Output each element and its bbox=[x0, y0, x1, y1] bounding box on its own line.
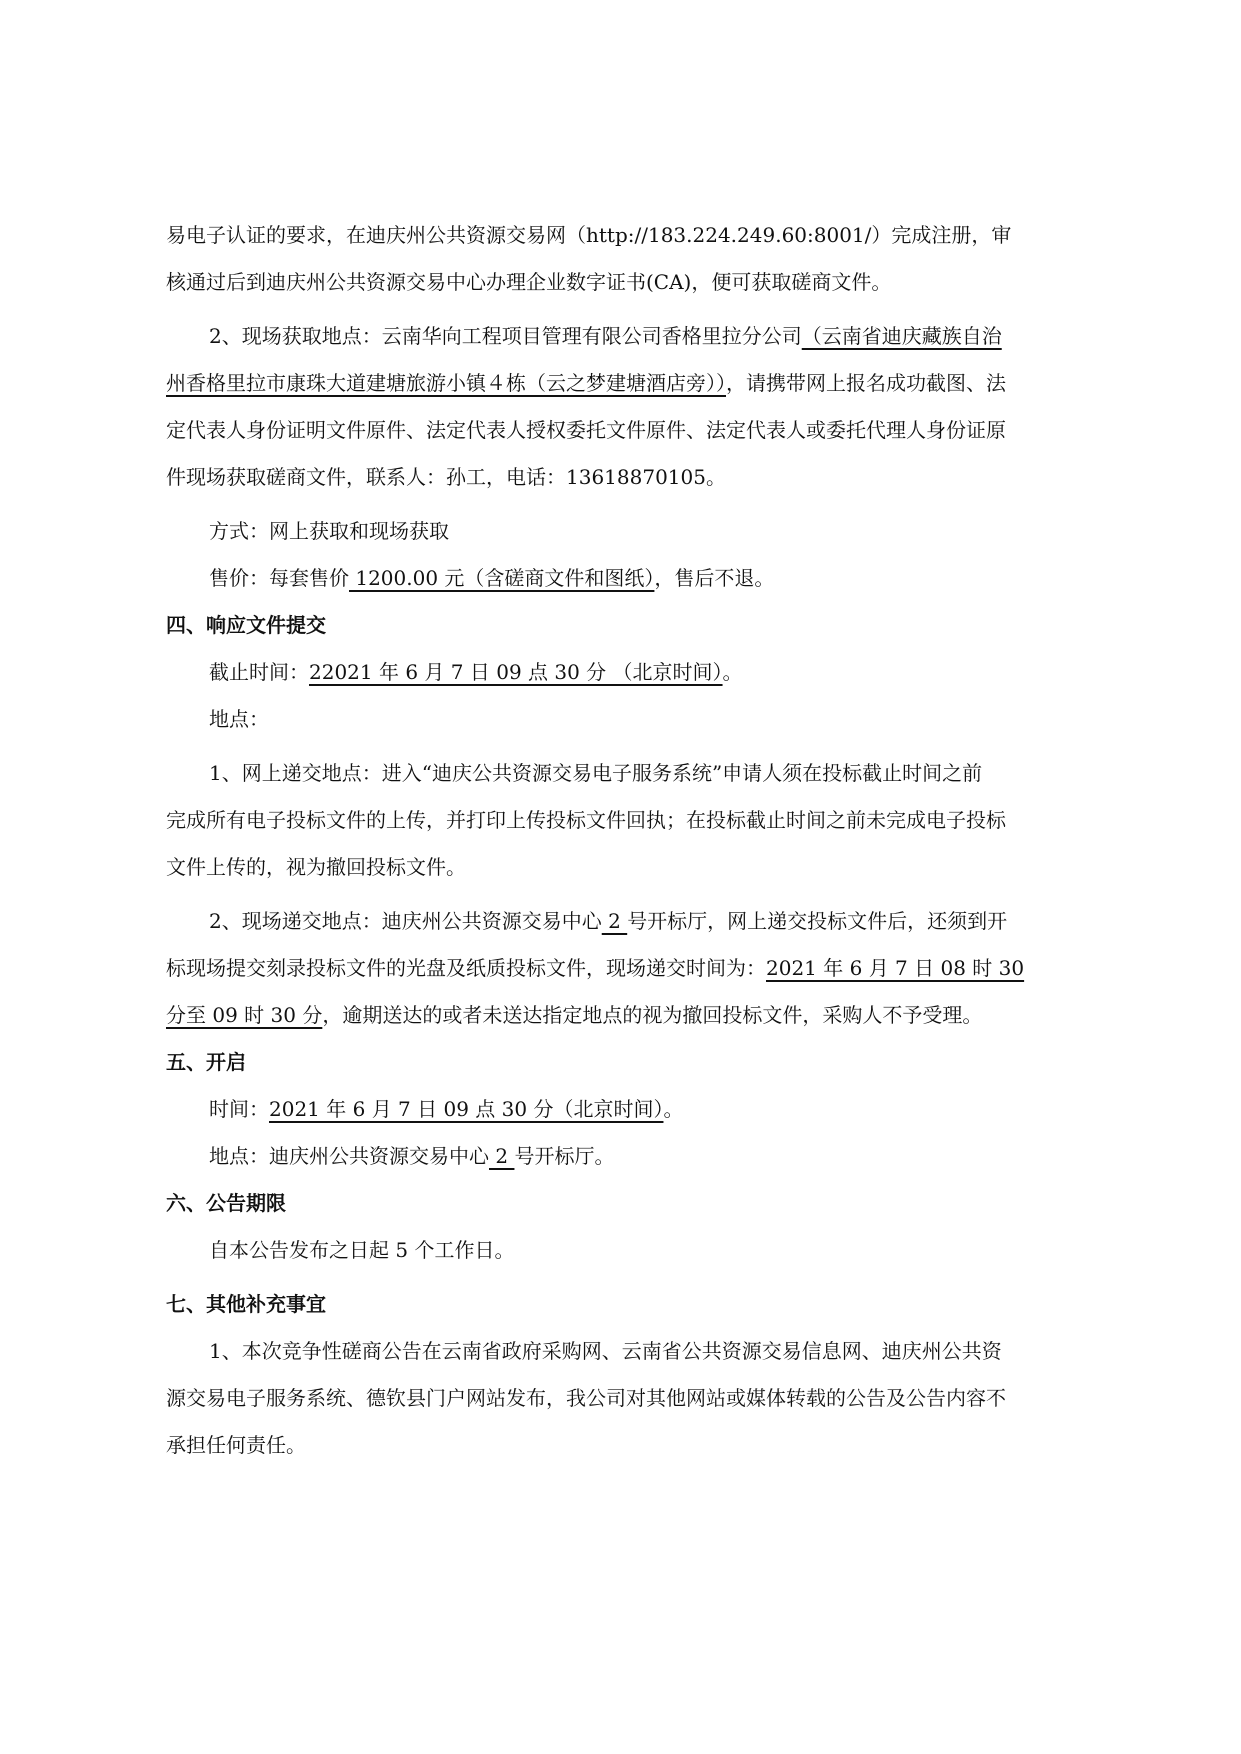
notice-period-text: 自本公告发布之日起 5 个工作日。 bbox=[209, 1236, 514, 1264]
price-note: ，售后不退。 bbox=[654, 566, 774, 590]
opening-place-label: 地点：迪庆州公共资源交易中心 bbox=[209, 1144, 489, 1168]
place-label: 地点： bbox=[209, 705, 269, 733]
onsite-address-part-1: （云南省迪庆藏族自治 bbox=[802, 324, 1002, 348]
onsite-pickup-line-1: 2、现场获取地点：云南华向工程项目管理有限公司香格里拉分公司（云南省迪庆藏族自治 bbox=[209, 322, 1002, 350]
method-line: 方式：网上获取和现场获取 bbox=[209, 517, 449, 545]
onsite-pickup-label: 2、现场获取地点：云南华向工程项目管理有限公司香格里拉分公司 bbox=[209, 324, 802, 348]
price-label: 售价：每套售价 bbox=[209, 566, 349, 590]
onsite-submission-label: 2、现场递交地点：迪庆州公共资源交易中心 bbox=[209, 909, 602, 933]
opening-hall-number: 2 bbox=[489, 1144, 514, 1168]
onsite-pickup-line-3: 定代表人身份证明文件原件、法定代表人授权委托文件原件、法定代表人或委托代理人身份… bbox=[166, 416, 1006, 444]
onsite-pickup-line-4: 件现场获取磋商文件，联系人：孙工，电话：13618870105。 bbox=[166, 463, 726, 491]
price-line: 售价：每套售价 1200.00 元（含磋商文件和图纸），售后不退。 bbox=[209, 564, 774, 592]
onsite-submission-time-end: 分至 09 时 30 分 bbox=[166, 1003, 322, 1027]
opening-time-line: 时间：2021 年 6 月 7 日 09 点 30 分（北京时间）。 bbox=[209, 1095, 683, 1123]
supplement-line-3: 承担任何责任。 bbox=[166, 1431, 306, 1459]
onsite-submission-line-2: 标现场提交刻录投标文件的光盘及纸质投标文件，现场递交时间为：2021 年 6 月… bbox=[166, 954, 1024, 982]
opening-time-label: 时间： bbox=[209, 1097, 269, 1121]
onsite-submission-text: 号开标厅，网上递交投标文件后，还须到开 bbox=[627, 909, 1007, 933]
section-5-title: 五、开启 bbox=[166, 1048, 246, 1076]
section-7-title: 七、其他补充事宜 bbox=[166, 1290, 326, 1318]
onsite-submission-note: ，逾期送达的或者未送达指定地点的视为撤回投标文件，采购人不予受理。 bbox=[322, 1003, 982, 1027]
online-submission-line-3: 文件上传的，视为撤回投标文件。 bbox=[166, 853, 466, 881]
opening-place-line: 地点：迪庆州公共资源交易中心 2 号开标厅。 bbox=[209, 1142, 614, 1170]
onsite-pickup-line-2: 州香格里拉市康珠大道建塘旅游小镇４栋（云之梦建塘酒店旁）），请携带网上报名成功截… bbox=[166, 369, 1006, 397]
opening-time-end: 。 bbox=[663, 1097, 683, 1121]
opening-time-value: 2021 年 6 月 7 日 09 点 30 分（北京时间） bbox=[269, 1097, 663, 1121]
supplement-line-2: 源交易电子服务系统、德钦县门户网站发布，我公司对其他网站或媒体转载的公告及公告内… bbox=[166, 1384, 1006, 1412]
online-submission-line-1: 1、网上递交地点：进入“迪庆公共资源交易电子服务系统”申请人须在投标截止时间之前 bbox=[209, 759, 982, 787]
onsite-address-part-2: 州香格里拉市康珠大道建塘旅游小镇４栋（云之梦建塘酒店旁）） bbox=[166, 371, 726, 395]
deadline-value: 22021 年 6 月 7 日 09 点 30 分 （北京时间） bbox=[309, 660, 723, 684]
supplement-line-1: 1、本次竞争性磋商公告在云南省政府采购网、云南省公共资源交易信息网、迪庆州公共资 bbox=[209, 1337, 1002, 1365]
deadline-line: 截止时间：22021 年 6 月 7 日 09 点 30 分 （北京时间）。 bbox=[209, 658, 743, 686]
section-6-title: 六、公告期限 bbox=[166, 1189, 286, 1217]
intro-line-2: 核通过后到迪庆州公共资源交易中心办理企业数字证书(CA)，便可获取磋商文件。 bbox=[166, 268, 891, 296]
onsite-requirements-start: ，请携带网上报名成功截图、法 bbox=[726, 371, 1006, 395]
section-4-title: 四、响应文件提交 bbox=[166, 611, 326, 639]
onsite-submission-line-3: 分至 09 时 30 分，逾期送达的或者未送达指定地点的视为撤回投标文件，采购人… bbox=[166, 1001, 982, 1029]
onsite-submission-line-1: 2、现场递交地点：迪庆州公共资源交易中心 2 号开标厅，网上递交投标文件后，还须… bbox=[209, 907, 1007, 935]
hall-number: 2 bbox=[602, 909, 627, 933]
online-submission-line-2: 完成所有电子投标文件的上传，并打印上传投标文件回执；在投标截止时间之前未完成电子… bbox=[166, 806, 1006, 834]
intro-line-1: 易电子认证的要求，在迪庆州公共资源交易网（http://183.224.249.… bbox=[166, 221, 1011, 249]
price-value: 1200.00 元（含磋商文件和图纸） bbox=[349, 566, 654, 590]
deadline-end: 。 bbox=[723, 660, 743, 684]
deadline-label: 截止时间： bbox=[209, 660, 309, 684]
onsite-submission-time-label: 标现场提交刻录投标文件的光盘及纸质投标文件，现场递交时间为： bbox=[166, 956, 766, 980]
onsite-submission-time-start: 2021 年 6 月 7 日 08 时 30 bbox=[766, 956, 1024, 980]
opening-place-end: 号开标厅。 bbox=[514, 1144, 614, 1168]
